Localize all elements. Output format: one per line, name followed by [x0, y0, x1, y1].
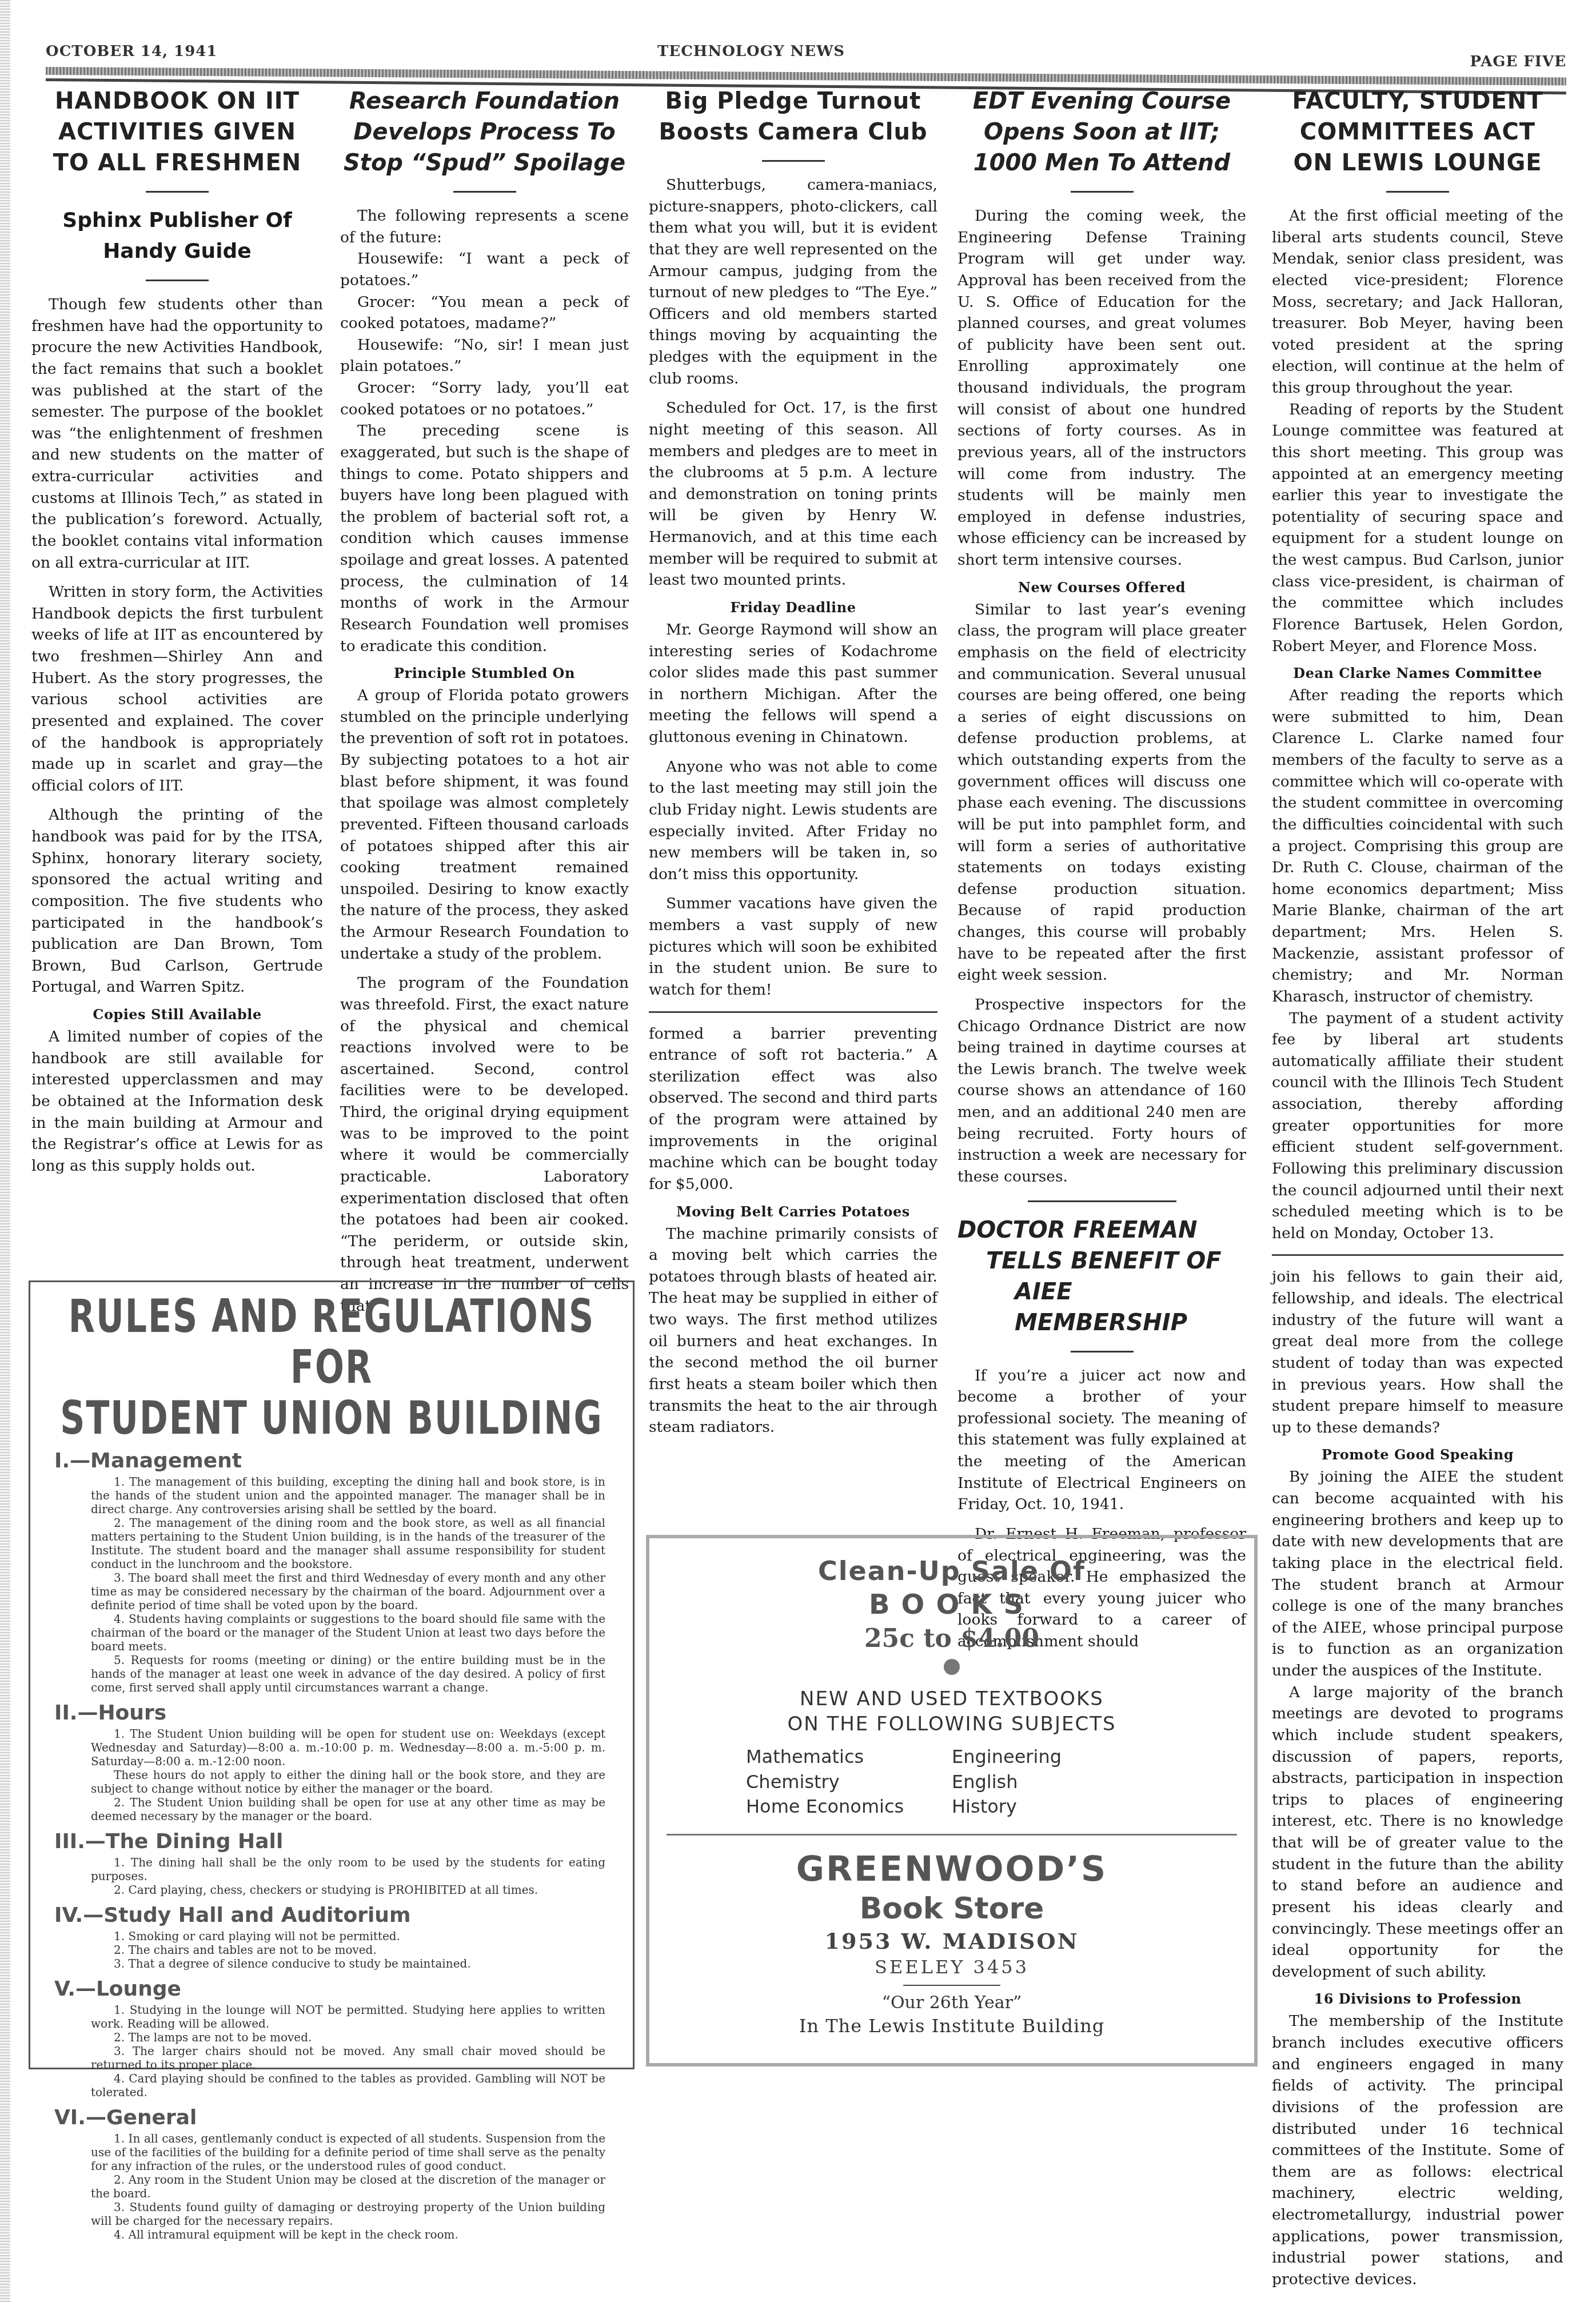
ad-subjects-line: ON THE FOLLOWING SUBJECTS — [667, 1711, 1237, 1737]
article-camera-club: Big Pledge Turnout Boosts Camera Club Sh… — [649, 86, 937, 1446]
headline-line: FACULTY, STUDENT — [1272, 86, 1563, 117]
subhead-line: Handy Guide — [31, 236, 323, 267]
bookstore-advertisement: Clean-Up Sale Of BOOKS 25c to $4.00 NEW … — [646, 1535, 1258, 2066]
rule-item: 2. The Student Union building shall be o… — [91, 1796, 605, 1823]
headline-line: Big Pledge Turnout — [649, 86, 937, 117]
subject-item: Mathematics — [746, 1745, 952, 1769]
issue-date: OCTOBER 14, 1941 — [46, 43, 217, 60]
headline-line: EDT Evening Course — [957, 86, 1246, 117]
section-title: II.—Hours — [54, 1701, 617, 1725]
divider — [1386, 191, 1449, 193]
paragraph: A large majority of the branch meetings … — [1272, 1682, 1563, 1983]
rule-item: 2. The lamps are not to be moved. — [91, 2030, 605, 2044]
paragraph: The preceding scene is exaggerated, but … — [340, 420, 629, 657]
paragraph: Anyone who was not able to come to the l… — [649, 756, 937, 885]
headline-line: Research Foundation — [340, 86, 629, 117]
headline-line: Boosts Camera Club — [649, 117, 937, 147]
paragraph: Although the printing of the handbook wa… — [31, 804, 323, 998]
rule-item: 3. That a degree of silence conducive to… — [91, 1957, 605, 1970]
rule-item: 5. Requests for rooms (meeting or dining… — [91, 1653, 605, 1694]
rules-section-general: VI.—General 1. In all cases, gentlemanly… — [46, 2106, 617, 2241]
subhead-line: Sphinx Publisher Of — [31, 205, 323, 236]
headline-line: TO ALL FRESHMEN — [31, 147, 323, 178]
divider — [146, 280, 209, 281]
rule-item: 2. Card playing, chess, checkers or stud… — [91, 1883, 605, 1897]
paragraph: If you’re a juicer act now and become a … — [957, 1365, 1246, 1515]
continued-paragraph: join his fellows to gain their aid, fell… — [1272, 1266, 1563, 1438]
headline-line: ON LEWIS LOUNGE — [1272, 147, 1563, 178]
store-phone: SEELEY 3453 — [667, 1956, 1237, 1978]
article-lewis-lounge: FACULTY, STUDENT COMMITTEES ACT ON LEWIS… — [1272, 86, 1563, 2299]
crosshead: 16 Divisions to Profession — [1272, 1990, 1563, 2007]
rule-item: 4. Students having complaints or suggest… — [91, 1612, 605, 1653]
paragraph: The following represents a scene of the … — [340, 205, 629, 248]
rule-item: 4. All intramural equipment will be kept… — [91, 2228, 605, 2241]
paragraph: Mr. George Raymond will show an interest… — [649, 619, 937, 748]
rule-item: 3. Students found guilty of damaging or … — [91, 2200, 605, 2228]
continued-paragraph: formed a barrier preventing entrance of … — [649, 1023, 937, 1195]
section-title: III.—The Dining Hall — [54, 1830, 617, 1853]
headline: DOCTOR FREEMAN TELLS BENEFIT OF AIEE MEM… — [957, 1215, 1246, 1338]
divider — [649, 1011, 937, 1013]
rule-item: 2. The management of the dining room and… — [91, 1516, 605, 1571]
divider — [1272, 1254, 1563, 1256]
crosshead: Promote Good Speaking — [1272, 1446, 1563, 1463]
rule-item: 1. In all cases, gentlemanly conduct is … — [91, 2132, 605, 2173]
headline-line: ACTIVITIES GIVEN — [31, 117, 323, 147]
section-title: VI.—General — [54, 2106, 617, 2129]
rules-title-line: RULES AND REGULATIONS FOR — [46, 1291, 617, 1393]
ad-books: BOOKS — [667, 1589, 1237, 1621]
divider — [453, 191, 516, 193]
article-edt-course: EDT Evening Course Opens Soon at IIT; 10… — [957, 86, 1246, 1661]
ad-divider — [667, 1834, 1237, 1836]
headline: Big Pledge Turnout Boosts Camera Club — [649, 86, 937, 147]
rule-item: 1. Studying in the lounge will NOT be pe… — [91, 2003, 605, 2030]
article-handbook: HANDBOOK ON IIT ACTIVITIES GIVEN TO ALL … — [31, 86, 323, 1184]
paragraph: Written in story form, the Activities Ha… — [31, 581, 323, 796]
headline-line: COMMITTEES ACT — [1272, 117, 1563, 147]
paragraph: After reading the reports which were sub… — [1272, 685, 1563, 1007]
crosshead: Copies Still Available — [31, 1006, 323, 1023]
subject-list: Mathematics Engineering Chemistry Englis… — [746, 1745, 1158, 1819]
rule-item: 1. Smoking or card playing will not be p… — [91, 1929, 605, 1943]
dialogue-line: Grocer: “You mean a peck of cooked potat… — [340, 292, 629, 334]
section-title: IV.—Study Hall and Auditorium — [54, 1904, 617, 1927]
headline-line: Develops Process To — [340, 117, 629, 147]
ad-price-range: 25c to $4.00 — [667, 1624, 1237, 1653]
paragraph: Though few students other than freshmen … — [31, 294, 323, 573]
paragraph: Summer vacations have given the members … — [649, 893, 937, 1000]
paragraph: Reading of reports by the Student Lounge… — [1272, 399, 1563, 657]
paragraph: Similar to last year’s evening class, th… — [957, 599, 1246, 986]
rules-section-management: I.—Management 1. The management of this … — [46, 1449, 617, 1694]
store-location: In The Lewis Institute Building — [667, 2015, 1237, 2037]
page-scan-edge — [0, 0, 10, 2302]
crosshead: New Courses Offered — [957, 579, 1246, 596]
paragraph: Shutterbugs, camera-maniacs, picture-sna… — [649, 174, 937, 389]
rule-item: 1. The management of this building, exce… — [91, 1475, 605, 1516]
paragraph: Prospective inspectors for the Chicago O… — [957, 994, 1246, 1188]
rule-item: 3. The larger chairs should not be moved… — [91, 2044, 605, 2072]
crosshead: Moving Belt Carries Potatoes — [649, 1203, 937, 1220]
subheadline: Sphinx Publisher Of Handy Guide — [31, 205, 323, 267]
paragraph: By joining the AIEE the student can beco… — [1272, 1466, 1563, 1681]
paragraph: A limited number of copies of the handbo… — [31, 1026, 323, 1176]
subject-item: Engineering — [952, 1745, 1158, 1769]
paragraph: The machine primarily consists of a movi… — [649, 1223, 937, 1438]
section-title: I.—Management — [54, 1449, 617, 1473]
article-spud-spoilage: Research Foundation Develops Process To … — [340, 86, 629, 1324]
ad-small-divider — [903, 1985, 1000, 1986]
headline-line: AIEE MEMBERSHIP — [957, 1276, 1246, 1338]
headline-line: TELLS BENEFIT OF — [957, 1246, 1246, 1276]
paragraph: During the coming week, the Engineering … — [957, 205, 1246, 571]
store-name: GREENWOOD’S — [667, 1849, 1237, 1889]
rule-item: 3. The board shall meet the first and th… — [91, 1571, 605, 1612]
rules-section-dining-hall: III.—The Dining Hall 1. The dining hall … — [46, 1830, 617, 1897]
headline-line: HANDBOOK ON IIT — [31, 86, 323, 117]
headline: HANDBOOK ON IIT ACTIVITIES GIVEN TO ALL … — [31, 86, 323, 178]
divider — [146, 191, 209, 193]
divider — [762, 160, 825, 162]
paragraph: At the first official meeting of the lib… — [1272, 205, 1563, 399]
bullet-dot-icon — [944, 1659, 960, 1675]
crosshead: Principle Stumbled On — [340, 665, 629, 681]
subject-item: Home Economics — [746, 1794, 952, 1819]
store-slogan: “Our 26th Year” — [667, 1993, 1237, 2013]
divider — [1071, 1351, 1134, 1353]
rules-title-line: STUDENT UNION BUILDING — [46, 1393, 617, 1444]
crosshead: Friday Deadline — [649, 599, 937, 616]
paragraph: Scheduled for Oct. 17, is the first nigh… — [649, 397, 937, 591]
subject-item: Chemistry — [746, 1770, 952, 1794]
subject-item: English — [952, 1770, 1158, 1794]
headline-line: DOCTOR FREEMAN — [957, 1215, 1246, 1246]
crosshead: Dean Clarke Names Committee — [1272, 665, 1563, 681]
rules-section-lounge: V.—Lounge 1. Studying in the lounge will… — [46, 1977, 617, 2099]
headline-line: Opens Soon at IIT; — [957, 117, 1246, 147]
headline: Research Foundation Develops Process To … — [340, 86, 629, 178]
dialogue-line: Housewife: “I want a peck of potatoes.” — [340, 248, 629, 291]
divider — [1071, 191, 1134, 193]
headline: EDT Evening Course Opens Soon at IIT; 10… — [957, 86, 1246, 178]
dialogue-line: Grocer: “Sorry lady, you’ll eat cooked p… — [340, 377, 629, 420]
paragraph: A group of Florida potato growers stumbl… — [340, 685, 629, 964]
headline-line: 1000 Men To Attend — [957, 147, 1246, 178]
store-type: Book Store — [667, 1892, 1237, 1926]
rule-item: These hours do not apply to either the d… — [91, 1768, 605, 1796]
paragraph: The program of the Foundation was threef… — [340, 972, 629, 1316]
paragraph: The payment of a student activity fee by… — [1272, 1008, 1563, 1244]
rules-section-study-hall: IV.—Study Hall and Auditorium 1. Smoking… — [46, 1904, 617, 1970]
rule-item: 4. Card playing should be confined to th… — [91, 2072, 605, 2099]
store-address: 1953 W. MADISON — [667, 1928, 1237, 1954]
rules-section-hours: II.—Hours 1. The Student Union building … — [46, 1701, 617, 1823]
page-number: PAGE FIVE — [1470, 53, 1566, 70]
newspaper-name: TECHNOLOGY NEWS — [657, 43, 845, 60]
paragraph: The membership of the Institute branch i… — [1272, 2010, 1563, 2290]
divider — [1028, 1200, 1176, 1202]
rule-item: 1. The dining hall shall be the only roo… — [91, 1856, 605, 1883]
rule-item: 1. The Student Union building will be op… — [91, 1727, 605, 1768]
headline: FACULTY, STUDENT COMMITTEES ACT ON LEWIS… — [1272, 86, 1563, 178]
headline-line: Stop “Spud” Spoilage — [340, 147, 629, 178]
dialogue-line: Housewife: “No, sir! I mean just plain p… — [340, 334, 629, 377]
rule-item: 2. The chairs and tables are not to be m… — [91, 1943, 605, 1957]
section-title: V.—Lounge — [54, 1977, 617, 2001]
ad-textbooks-line: NEW AND USED TEXTBOOKS — [667, 1686, 1237, 1711]
rules-title: RULES AND REGULATIONS FOR STUDENT UNION … — [46, 1291, 617, 1443]
subject-item: History — [952, 1794, 1158, 1819]
rule-item: 2. Any room in the Student Union may be … — [91, 2173, 605, 2200]
ad-headline: Clean-Up Sale Of — [667, 1555, 1237, 1586]
rules-regulations-box: RULES AND REGULATIONS FOR STUDENT UNION … — [29, 1280, 635, 2069]
